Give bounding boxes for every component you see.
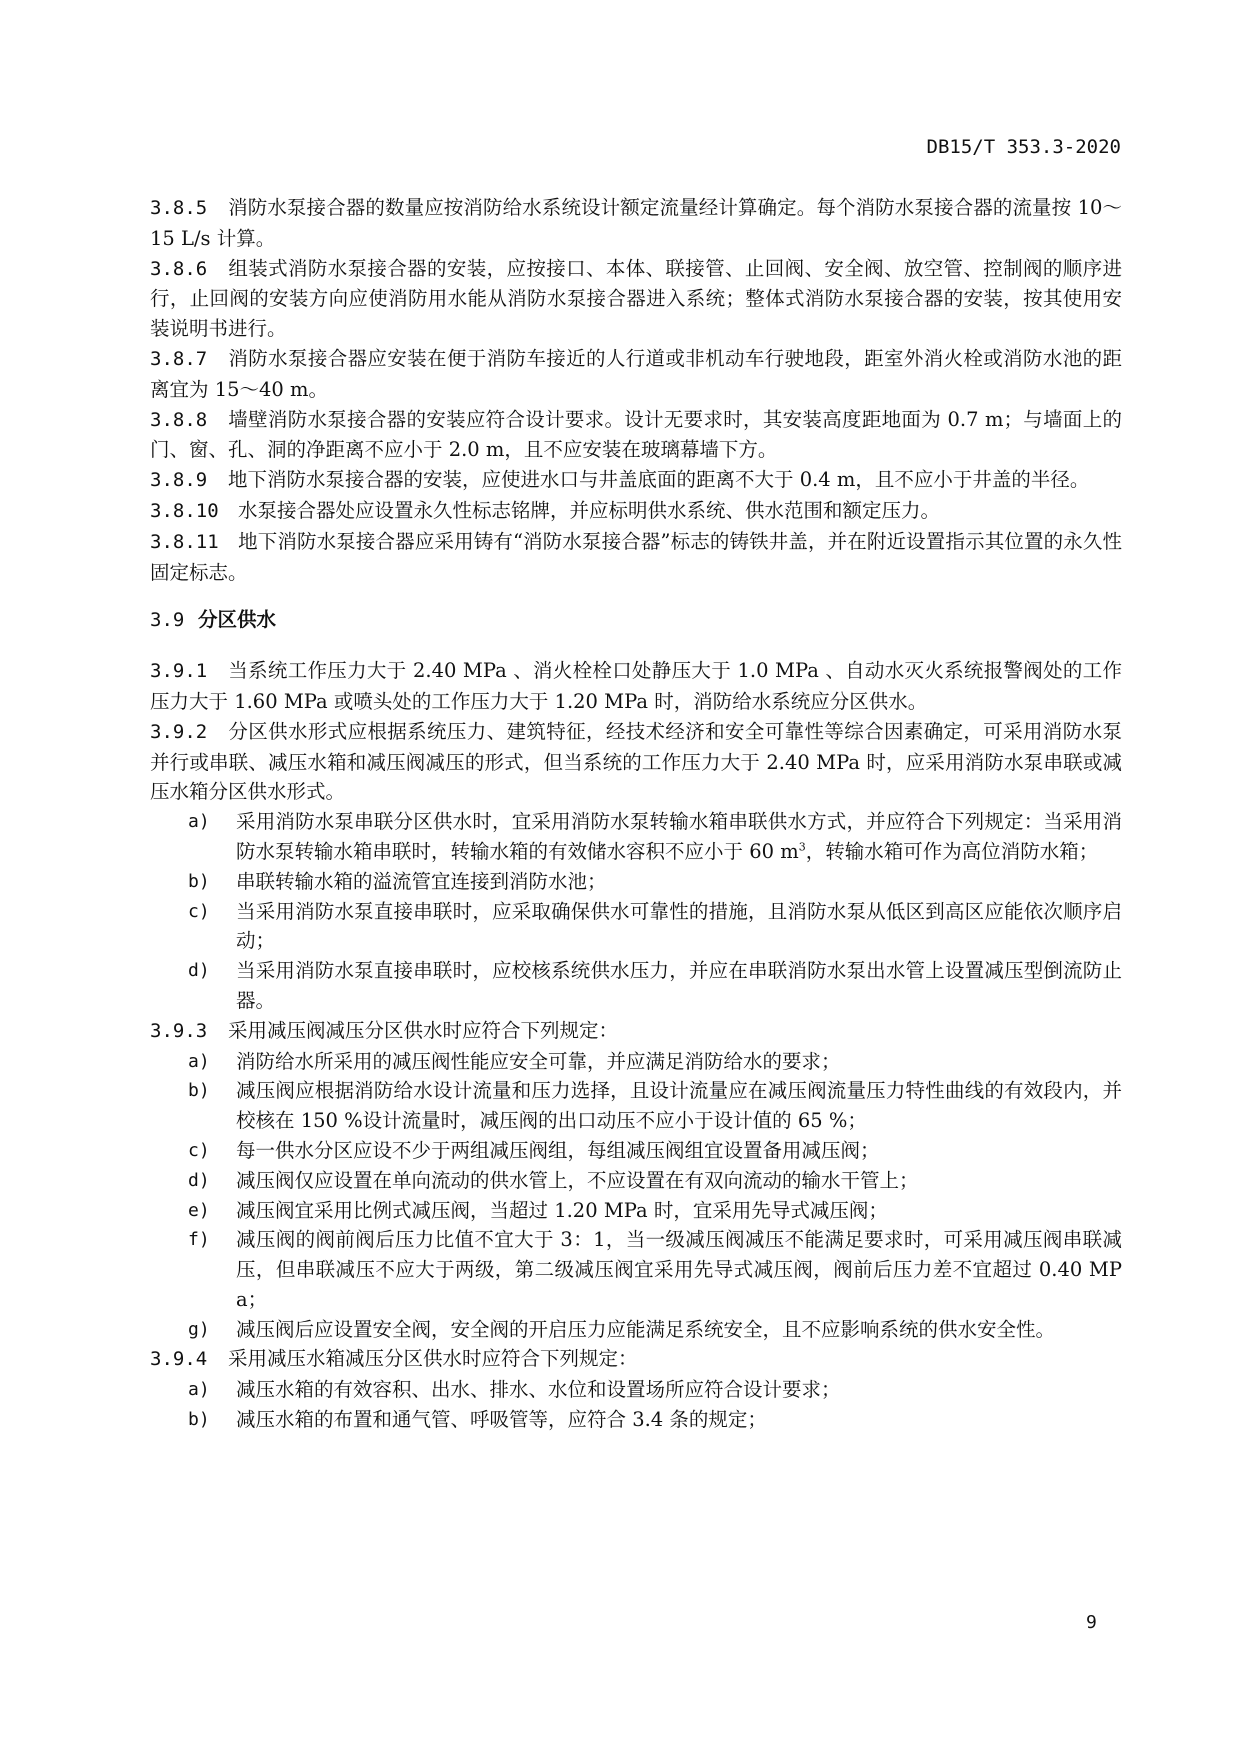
list-marker: d) [188,956,210,986]
list-marker: b) [188,1076,210,1106]
list-marker: a) [188,1047,210,1077]
list-item: b)串联转输水箱的溢流管宜连接到消防水池； [150,867,1122,897]
clause-3-9-2: 3.9.2分区供水形式应根据系统压力、建筑特征，经技术经济和安全可靠性等综合因素… [150,717,1122,807]
list-marker: c) [188,1136,210,1166]
list-item-text: 减压阀仅应设置在单向流动的供水管上，不应设置在有双向流动的输水干管上； [236,1169,919,1192]
clause-3-8-5: 3.8.5消防水泵接合器的数量应按消防给水系统设计额定流量经计算确定。每个消防水… [150,193,1122,254]
clause-3-9-3: 3.9.3采用减压阀减压分区供水时应符合下列规定： [150,1016,1122,1047]
clause-text: 消防水泵接合器应安装在便于消防车接近的人行道或非机动车行驶地段，距室外消火栓或消… [150,347,1122,401]
list-item-text: 当采用消防水泵直接串联时，应采取确保供水可靠性的措施，且消防水泵从低区到高区应能… [236,900,1122,953]
clause-text: 组装式消防水泵接合器的安装，应按接口、本体、联接管、止回阀、安全阀、放空管、控制… [150,257,1122,341]
document-id-header: DB15/T 353.3-2020 [927,136,1121,158]
list-item: a)减压水箱的有效容积、出水、排水、水位和设置场所应符合设计要求； [150,1375,1122,1405]
clause-text: 分区供水形式应根据系统压力、建筑特征，经技术经济和安全可靠性等综合因素确定，可采… [150,720,1122,804]
document-body: 3.8.5消防水泵接合器的数量应按消防给水系统设计额定流量经计算确定。每个消防水… [150,193,1122,1435]
list-marker: f) [188,1225,210,1255]
clause-3-8-9: 3.8.9地下消防水泵接合器的安装，应使进水口与井盖底面的距离不大于 0.4 m… [150,465,1122,496]
clause-number: 3.9.1 [150,657,228,687]
list-item-text: 减压阀的阀前阀后压力比值不宜大于 3：1，当一级减压阀减压不能满足要求时，可采用… [236,1228,1122,1311]
clause-3-8-7: 3.8.7消防水泵接合器应安装在便于消防车接近的人行道或非机动车行驶地段，距室外… [150,344,1122,405]
list-item-text: 每一供水分区应设不少于两组减压阀组，每组减压阀组宜设置备用减压阀； [236,1139,880,1162]
clause-3-8-8: 3.8.8墙壁消防水泵接合器的安装应符合设计要求。设计无要求时，其安装高度距地面… [150,405,1122,466]
clause-text: 地下消防水泵接合器的安装，应使进水口与井盖底面的距离不大于 0.4 m，且不应小… [228,468,1089,491]
clause-number: 3.9.3 [150,1017,228,1047]
clause-number: 3.8.11 [150,528,238,558]
clause-text: 水泵接合器处应设置永久性标志铭牌，并应标明供水系统、供水范围和额定压力。 [238,499,940,522]
list-marker: a) [188,1375,210,1405]
list-marker: b) [188,867,210,897]
list-item: c)当采用消防水泵直接串联时，应采取确保供水可靠性的措施，且消防水泵从低区到高区… [150,897,1122,957]
list-item: d)减压阀仅应设置在单向流动的供水管上，不应设置在有双向流动的输水干管上； [150,1166,1122,1196]
list-item: f)减压阀的阀前阀后压力比值不宜大于 3：1，当一级减压阀减压不能满足要求时，可… [150,1225,1122,1314]
list-item-text: 减压水箱的有效容积、出水、排水、水位和设置场所应符合设计要求； [236,1378,841,1401]
list-item: b)减压水箱的布置和通气管、呼吸管等，应符合 3.4 条的规定； [150,1405,1122,1435]
list-item: a)采用消防水泵串联分区供水时，宜采用消防水泵转输水箱串联供水方式，并应符合下列… [150,807,1122,867]
clause-number: 3.8.6 [150,255,228,285]
clause-number: 3.9.4 [150,1345,228,1375]
list-marker: d) [188,1166,210,1196]
clause-number: 3.8.5 [150,194,228,224]
clause-number: 3.8.8 [150,406,228,436]
clause-number: 3.8.7 [150,345,228,375]
clause-number: 3.8.10 [150,497,238,527]
list-marker: g) [188,1315,210,1345]
clause-number: 3.8.9 [150,466,228,496]
clause-3-9-4: 3.9.4采用减压水箱减压分区供水时应符合下列规定： [150,1344,1122,1375]
list-item-text: 消防给水所采用的减压阀性能应安全可靠，并应满足消防给水的要求； [236,1050,841,1073]
clause-text: 采用减压阀减压分区供水时应符合下列规定： [228,1019,618,1042]
list-item-text: 减压阀宜采用比例式减压阀，当超过 1.20 MPa 时，宜采用先导式减压阀； [236,1199,888,1222]
list-item-text: 串联转输水箱的溢流管宜连接到消防水池； [236,870,607,893]
section-title: 分区供水 [198,608,276,631]
list-marker: e) [188,1196,210,1226]
clause-number: 3.9.2 [150,718,228,748]
list-item-text: 减压水箱的布置和通气管、呼吸管等，应符合 3.4 条的规定； [236,1408,767,1431]
list-marker: a) [188,807,210,837]
list-item: a)消防给水所采用的减压阀性能应安全可靠，并应满足消防给水的要求； [150,1047,1122,1077]
list-item: e)减压阀宜采用比例式减压阀，当超过 1.20 MPa 时，宜采用先导式减压阀； [150,1196,1122,1226]
list-item: g)减压阀后应设置安全阀，安全阀的开启压力应能满足系统安全，且不应影响系统的供水… [150,1315,1122,1345]
clause-3-9-1: 3.9.1当系统工作压力大于 2.40 MPa 、消火栓栓口处静压大于 1.0 … [150,656,1122,717]
list-item: d)当采用消防水泵直接串联时，应校核系统供水压力，并应在串联消防水泵出水管上设置… [150,956,1122,1016]
clause-3-8-11: 3.8.11地下消防水泵接合器应采用铸有“消防水泵接合器”标志的铸铁井盖，并在附… [150,527,1122,588]
list-item-text: ，转输水箱可作为高位消防水箱； [806,840,1099,863]
section-heading-3-9: 3.9分区供水 [150,605,1122,636]
list-item-text: 当采用消防水泵直接串联时，应校核系统供水压力，并应在串联消防水泵出水管上设置减压… [236,959,1122,1012]
clause-text: 墙壁消防水泵接合器的安装应符合设计要求。设计无要求时，其安装高度距地面为 0.7… [150,408,1122,462]
clause-text: 消防水泵接合器的数量应按消防给水系统设计额定流量经计算确定。每个消防水泵接合器的… [150,196,1122,250]
list-item-text: 减压阀后应设置安全阀，安全阀的开启压力应能满足系统安全，且不应影响系统的供水安全… [236,1318,1055,1341]
section-number: 3.9 [150,606,198,636]
list-item: b)减压阀应根据消防给水设计流量和压力选择，且设计流量应在减压阀流量压力特性曲线… [150,1076,1122,1136]
clause-text: 当系统工作压力大于 2.40 MPa 、消火栓栓口处静压大于 1.0 MPa 、… [150,659,1122,713]
list-marker: c) [188,897,210,927]
clause-3-8-10: 3.8.10水泵接合器处应设置永久性标志铭牌，并应标明供水系统、供水范围和额定压… [150,496,1122,527]
clause-text: 采用减压水箱减压分区供水时应符合下列规定： [228,1347,638,1370]
clause-text: 地下消防水泵接合器应采用铸有“消防水泵接合器”标志的铸铁井盖，并在附近设置指示其… [150,530,1122,584]
list-item-text: 减压阀应根据消防给水设计流量和压力选择，且设计流量应在减压阀流量压力特性曲线的有… [236,1079,1122,1132]
page-number: 9 [1086,1612,1097,1633]
superscript: 3 [799,840,806,853]
list-marker: b) [188,1405,210,1435]
document-page: DB15/T 353.3-2020 3.8.5消防水泵接合器的数量应按消防给水系… [0,0,1241,1755]
list-item: c)每一供水分区应设不少于两组减压阀组，每组减压阀组宜设置备用减压阀； [150,1136,1122,1166]
clause-3-8-6: 3.8.6组装式消防水泵接合器的安装，应按接口、本体、联接管、止回阀、安全阀、放… [150,254,1122,344]
